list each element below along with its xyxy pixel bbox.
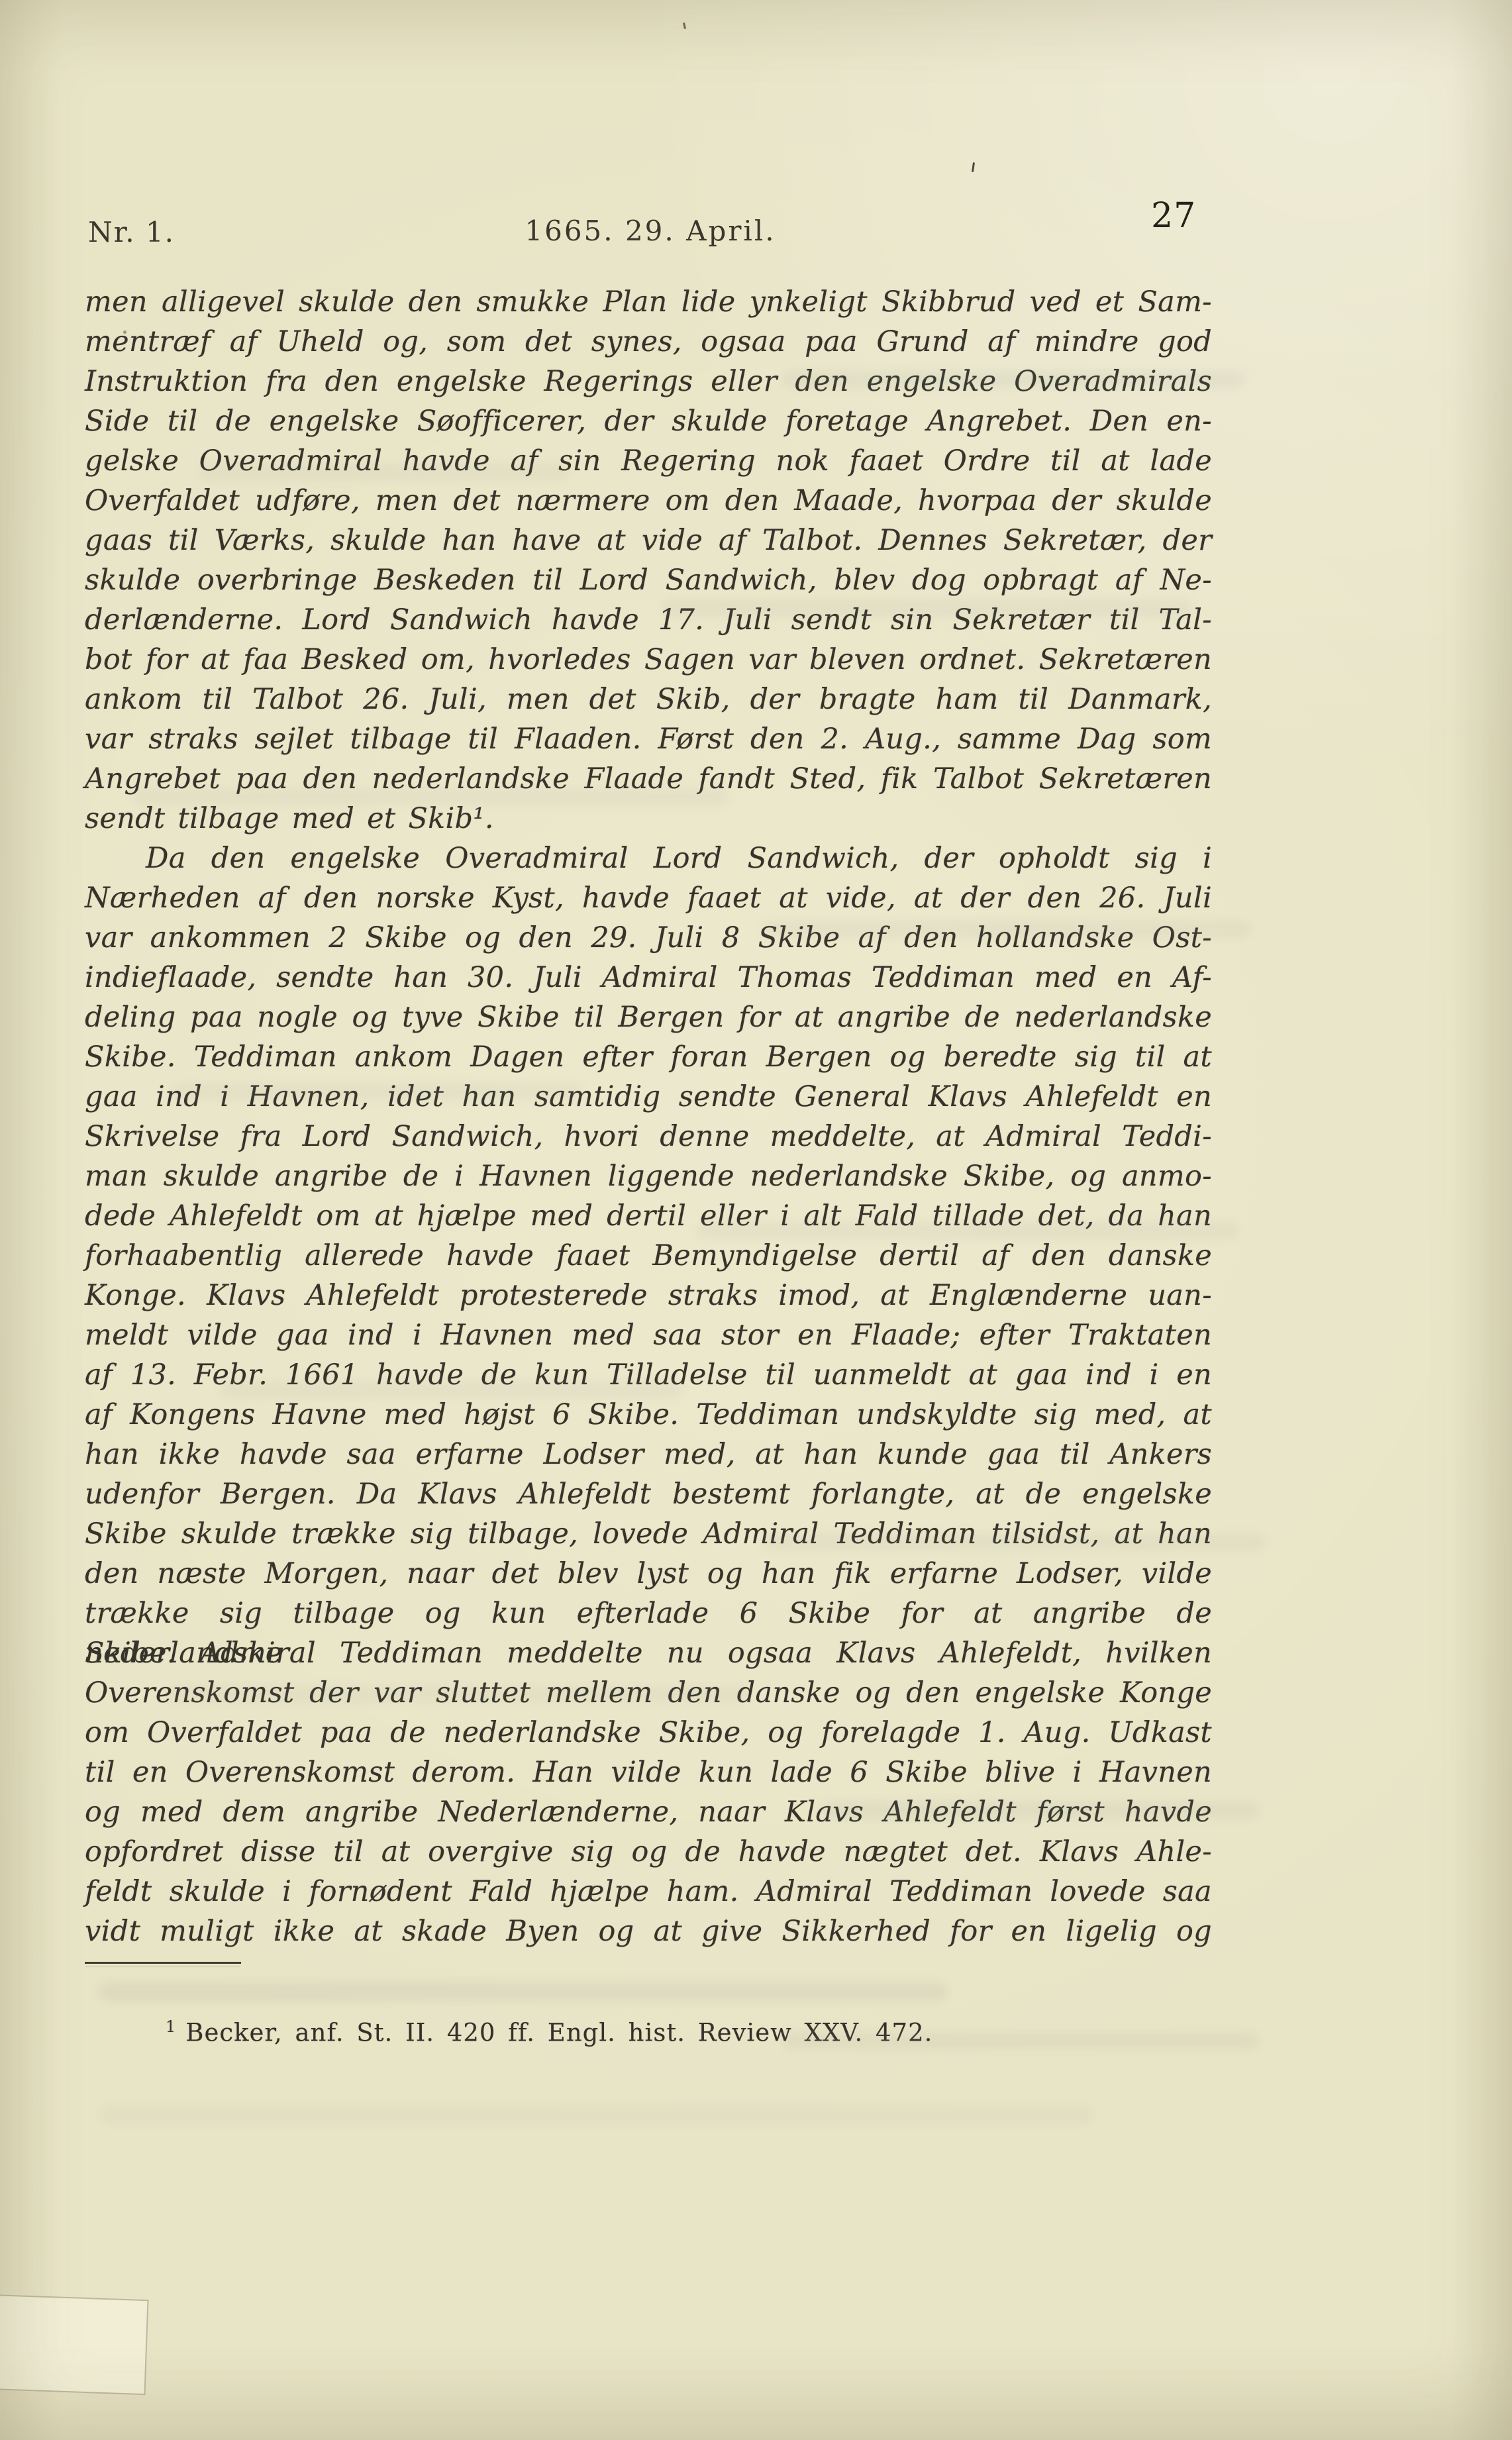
text-line-6: Overfaldet udføre, men det nærmere om de…	[85, 481, 1212, 521]
paper-speck	[972, 162, 975, 172]
text-line-20: Skibe. Teddiman ankom Dagen efter foran …	[85, 1037, 1212, 1077]
text-line-17: var ankommen 2 Skibe og den 29. Juli 8 S…	[85, 918, 1212, 958]
text-line-36: Overenskomst der var sluttet mellem den …	[85, 1673, 1212, 1713]
text-line-14: sendt tilbage med et Skib¹.	[85, 799, 1212, 839]
footnote-text: Becker, anf. St. II. 420 ff. Engl. hist.…	[185, 2018, 932, 2047]
text-line-31: udenfor Bergen. Da Klavs Ahlefeldt beste…	[85, 1474, 1212, 1514]
text-line-21: gaa ind i Havnen, idet han samtidig send…	[85, 1077, 1212, 1117]
header-date: 1665. 29. April.	[525, 215, 776, 247]
text-line-28: af 13. Febr. 1661 havde de kun Tilladels…	[85, 1355, 1212, 1395]
text-line-18: indieflaade, sendte han 30. Juli Admiral…	[85, 958, 1212, 997]
header-doc-number: Nr. 1.	[88, 216, 175, 248]
text-block: men alligevel skulde den smukke Plan lid…	[85, 282, 1212, 1951]
text-line-1: men alligevel skulde den smukke Plan lid…	[85, 282, 1212, 322]
paper-patch-artifact	[0, 2294, 148, 2395]
text-line-38: til en Overenskomst derom. Han vilde kun…	[85, 1753, 1212, 1792]
text-line-35: Skibe. Admiral Teddiman meddelte nu ogsa…	[85, 1633, 1212, 1673]
text-line-9: derlænderne. Lord Sandwich havde 17. Jul…	[85, 600, 1212, 640]
text-line-10: bot for at faa Besked om, hvorledes Sage…	[85, 640, 1212, 680]
text-line-41: feldt skulde i fornødent Fald hjælpe ham…	[85, 1872, 1212, 1911]
text-line-12: var straks sejlet tilbage til Flaaden. F…	[85, 719, 1212, 759]
header-page-number: 27	[1151, 196, 1196, 236]
text-line-30: han ikke havde saa erfarne Lodser med, a…	[85, 1435, 1212, 1474]
showthrough-smudge	[99, 1982, 947, 2002]
text-line-27: meldt vilde gaa ind i Havnen med saa sto…	[85, 1315, 1212, 1355]
text-line-8: skulde overbringe Beskeden til Lord Sand…	[85, 560, 1212, 600]
text-line-22: Skrivelse fra Lord Sandwich, hvori denne…	[85, 1117, 1212, 1156]
text-line-34: trække sig tilbage og kun efterlade 6 Sk…	[85, 1594, 1212, 1633]
text-line-42: vidt muligt ikke at skade Byen og at giv…	[85, 1911, 1212, 1951]
text-line-5: gelske Overadmiral havde af sin Regering…	[85, 441, 1212, 481]
text-line-24: dede Ahlefeldt om at hjælpe med dertil e…	[85, 1196, 1212, 1236]
text-line-4: Side til de engelske Søofficerer, der sk…	[85, 401, 1212, 441]
text-line-19: deling paa nogle og tyve Skibe til Berge…	[85, 997, 1212, 1037]
paper-speck	[123, 330, 126, 334]
text-line-32: Skibe skulde trække sig tilbage, lovede …	[85, 1514, 1212, 1554]
text-line-26: Konge. Klavs Ahlefeldt protesterede stra…	[85, 1276, 1212, 1315]
footnote-rule	[85, 1962, 241, 1964]
text-line-11: ankom til Talbot 26. Juli, men det Skib,…	[85, 680, 1212, 719]
text-line-23: man skulde angribe de i Havnen liggende …	[85, 1156, 1212, 1196]
showthrough-smudge	[99, 2106, 1093, 2123]
text-line-15: Da den engelske Overadmiral Lord Sandwic…	[85, 839, 1212, 878]
text-line-3: Instruktion fra den engelske Regerings e…	[85, 362, 1212, 401]
text-line-16: Nærheden af den norske Kyst, havde faaet…	[85, 878, 1212, 918]
text-line-25: forhaabentlig allerede havde faaet Bemyn…	[85, 1236, 1212, 1276]
footnote: 1Becker, anf. St. II. 420 ff. Engl. hist…	[85, 2011, 1212, 2049]
text-line-29: af Kongens Havne med højst 6 Skibe. Tedd…	[85, 1395, 1212, 1435]
text-line-39: og med dem angribe Nederlænderne, naar K…	[85, 1792, 1212, 1832]
text-line-37: om Overfaldet paa de nederlandske Skibe,…	[85, 1713, 1212, 1753]
text-line-40: opfordret disse til at overgive sig og d…	[85, 1832, 1212, 1872]
text-line-7: gaas til Værks, skulde han have at vide …	[85, 521, 1212, 560]
text-line-2: mentræf af Uheld og, som det synes, ogsa…	[85, 322, 1212, 362]
text-line-13: Angrebet paa den nederlandske Flaade fan…	[85, 759, 1212, 799]
book-page: Nr. 1. 1665. 29. April. 27 men alligevel…	[0, 0, 1512, 2440]
text-line-33: den næste Morgen, naar det blev lyst og …	[85, 1554, 1212, 1594]
footnote-marker: 1	[166, 2017, 176, 2036]
paper-speck	[683, 23, 686, 29]
